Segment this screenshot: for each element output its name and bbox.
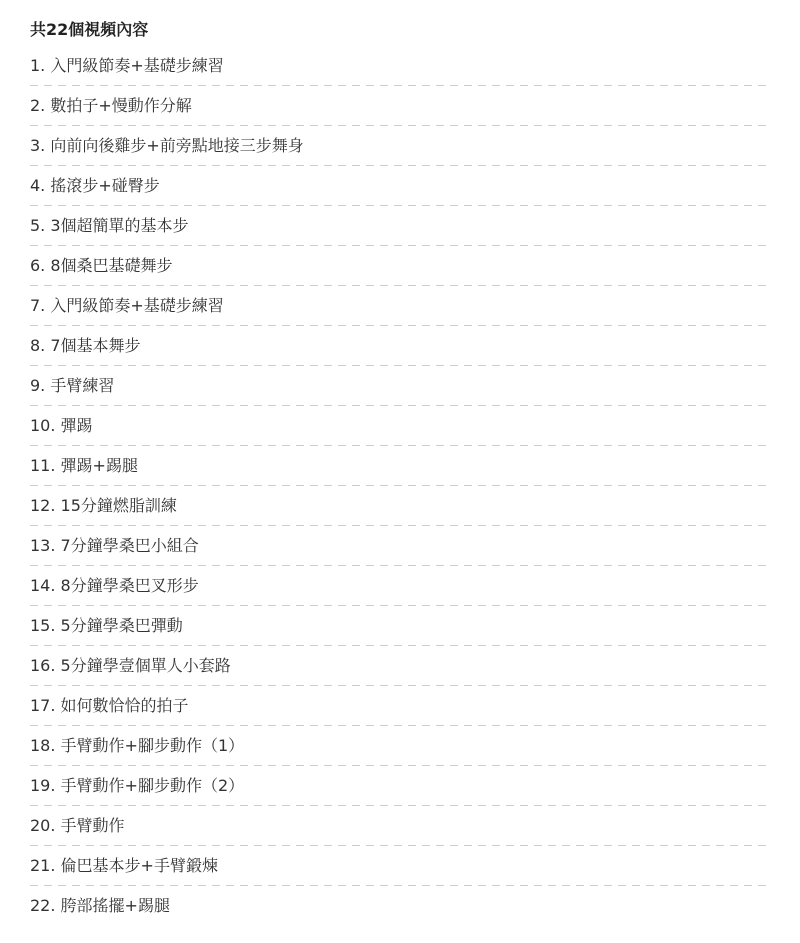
list-item-label: 7. 入門級節奏+基礎步練習 <box>30 296 224 315</box>
list-item-label: 2. 數拍子+慢動作分解 <box>30 96 192 115</box>
list-item-label: 10. 彈踢 <box>30 416 93 435</box>
list-item-label: 19. 手臂動作+腳步動作（2） <box>30 776 244 795</box>
list-item[interactable]: 14. 8分鐘學桑巴叉形步 <box>30 566 768 606</box>
video-list: 1. 入門級節奏+基礎步練習 2. 數拍子+慢動作分解 3. 向前向後雞步+前旁… <box>30 46 768 926</box>
list-item-label: 3. 向前向後雞步+前旁點地接三步舞身 <box>30 136 304 155</box>
list-item-label: 8. 7個基本舞步 <box>30 336 141 355</box>
list-item[interactable]: 15. 5分鐘學桑巴彈動 <box>30 606 768 646</box>
list-item[interactable]: 19. 手臂動作+腳步動作（2） <box>30 766 768 806</box>
list-item[interactable]: 10. 彈踢 <box>30 406 768 446</box>
list-item-label: 6. 8個桑巴基礎舞步 <box>30 256 173 275</box>
list-item-label: 5. 3個超簡單的基本步 <box>30 216 189 235</box>
list-item-label: 4. 搖滾步+碰臀步 <box>30 176 160 195</box>
list-item-label: 15. 5分鐘學桑巴彈動 <box>30 616 183 635</box>
list-item[interactable]: 6. 8個桑巴基礎舞步 <box>30 246 768 286</box>
list-item[interactable]: 2. 數拍子+慢動作分解 <box>30 86 768 126</box>
list-item[interactable]: 20. 手臂動作 <box>30 806 768 846</box>
list-item[interactable]: 9. 手臂練習 <box>30 366 768 406</box>
list-item[interactable]: 5. 3個超簡單的基本步 <box>30 206 768 246</box>
list-item-label: 12. 15分鐘燃脂訓練 <box>30 496 177 515</box>
list-item-label: 22. 胯部搖擺+踢腿 <box>30 896 170 915</box>
list-item[interactable]: 1. 入門級節奏+基礎步練習 <box>30 46 768 86</box>
list-item[interactable]: 18. 手臂動作+腳步動作（1） <box>30 726 768 766</box>
video-list-container: 共22個視頻內容 1. 入門級節奏+基礎步練習 2. 數拍子+慢動作分解 3. … <box>30 0 768 926</box>
list-item-label: 1. 入門級節奏+基礎步練習 <box>30 56 224 75</box>
list-item[interactable]: 16. 5分鐘學壹個單人小套路 <box>30 646 768 686</box>
list-item-label: 17. 如何數恰恰的拍子 <box>30 696 189 715</box>
list-item[interactable]: 4. 搖滾步+碰臀步 <box>30 166 768 206</box>
list-item[interactable]: 11. 彈踢+踢腿 <box>30 446 768 486</box>
list-item-label: 9. 手臂練習 <box>30 376 114 395</box>
list-item-label: 21. 倫巴基本步+手臂鍛煉 <box>30 856 218 875</box>
list-item[interactable]: 17. 如何數恰恰的拍子 <box>30 686 768 726</box>
list-item-label: 20. 手臂動作 <box>30 816 125 835</box>
list-item-label: 14. 8分鐘學桑巴叉形步 <box>30 576 199 595</box>
list-item[interactable]: 12. 15分鐘燃脂訓練 <box>30 486 768 526</box>
list-item-label: 11. 彈踢+踢腿 <box>30 456 138 475</box>
list-item[interactable]: 21. 倫巴基本步+手臂鍛煉 <box>30 846 768 886</box>
list-item-label: 16. 5分鐘學壹個單人小套路 <box>30 656 231 675</box>
list-item[interactable]: 3. 向前向後雞步+前旁點地接三步舞身 <box>30 126 768 166</box>
list-item[interactable]: 13. 7分鐘學桑巴小組合 <box>30 526 768 566</box>
list-item-label: 18. 手臂動作+腳步動作（1） <box>30 736 244 755</box>
list-item[interactable]: 8. 7個基本舞步 <box>30 326 768 366</box>
list-item[interactable]: 7. 入門級節奏+基礎步練習 <box>30 286 768 326</box>
list-item-label: 13. 7分鐘學桑巴小組合 <box>30 536 199 555</box>
page-title: 共22個視頻內容 <box>30 0 768 46</box>
list-item[interactable]: 22. 胯部搖擺+踢腿 <box>30 886 768 926</box>
